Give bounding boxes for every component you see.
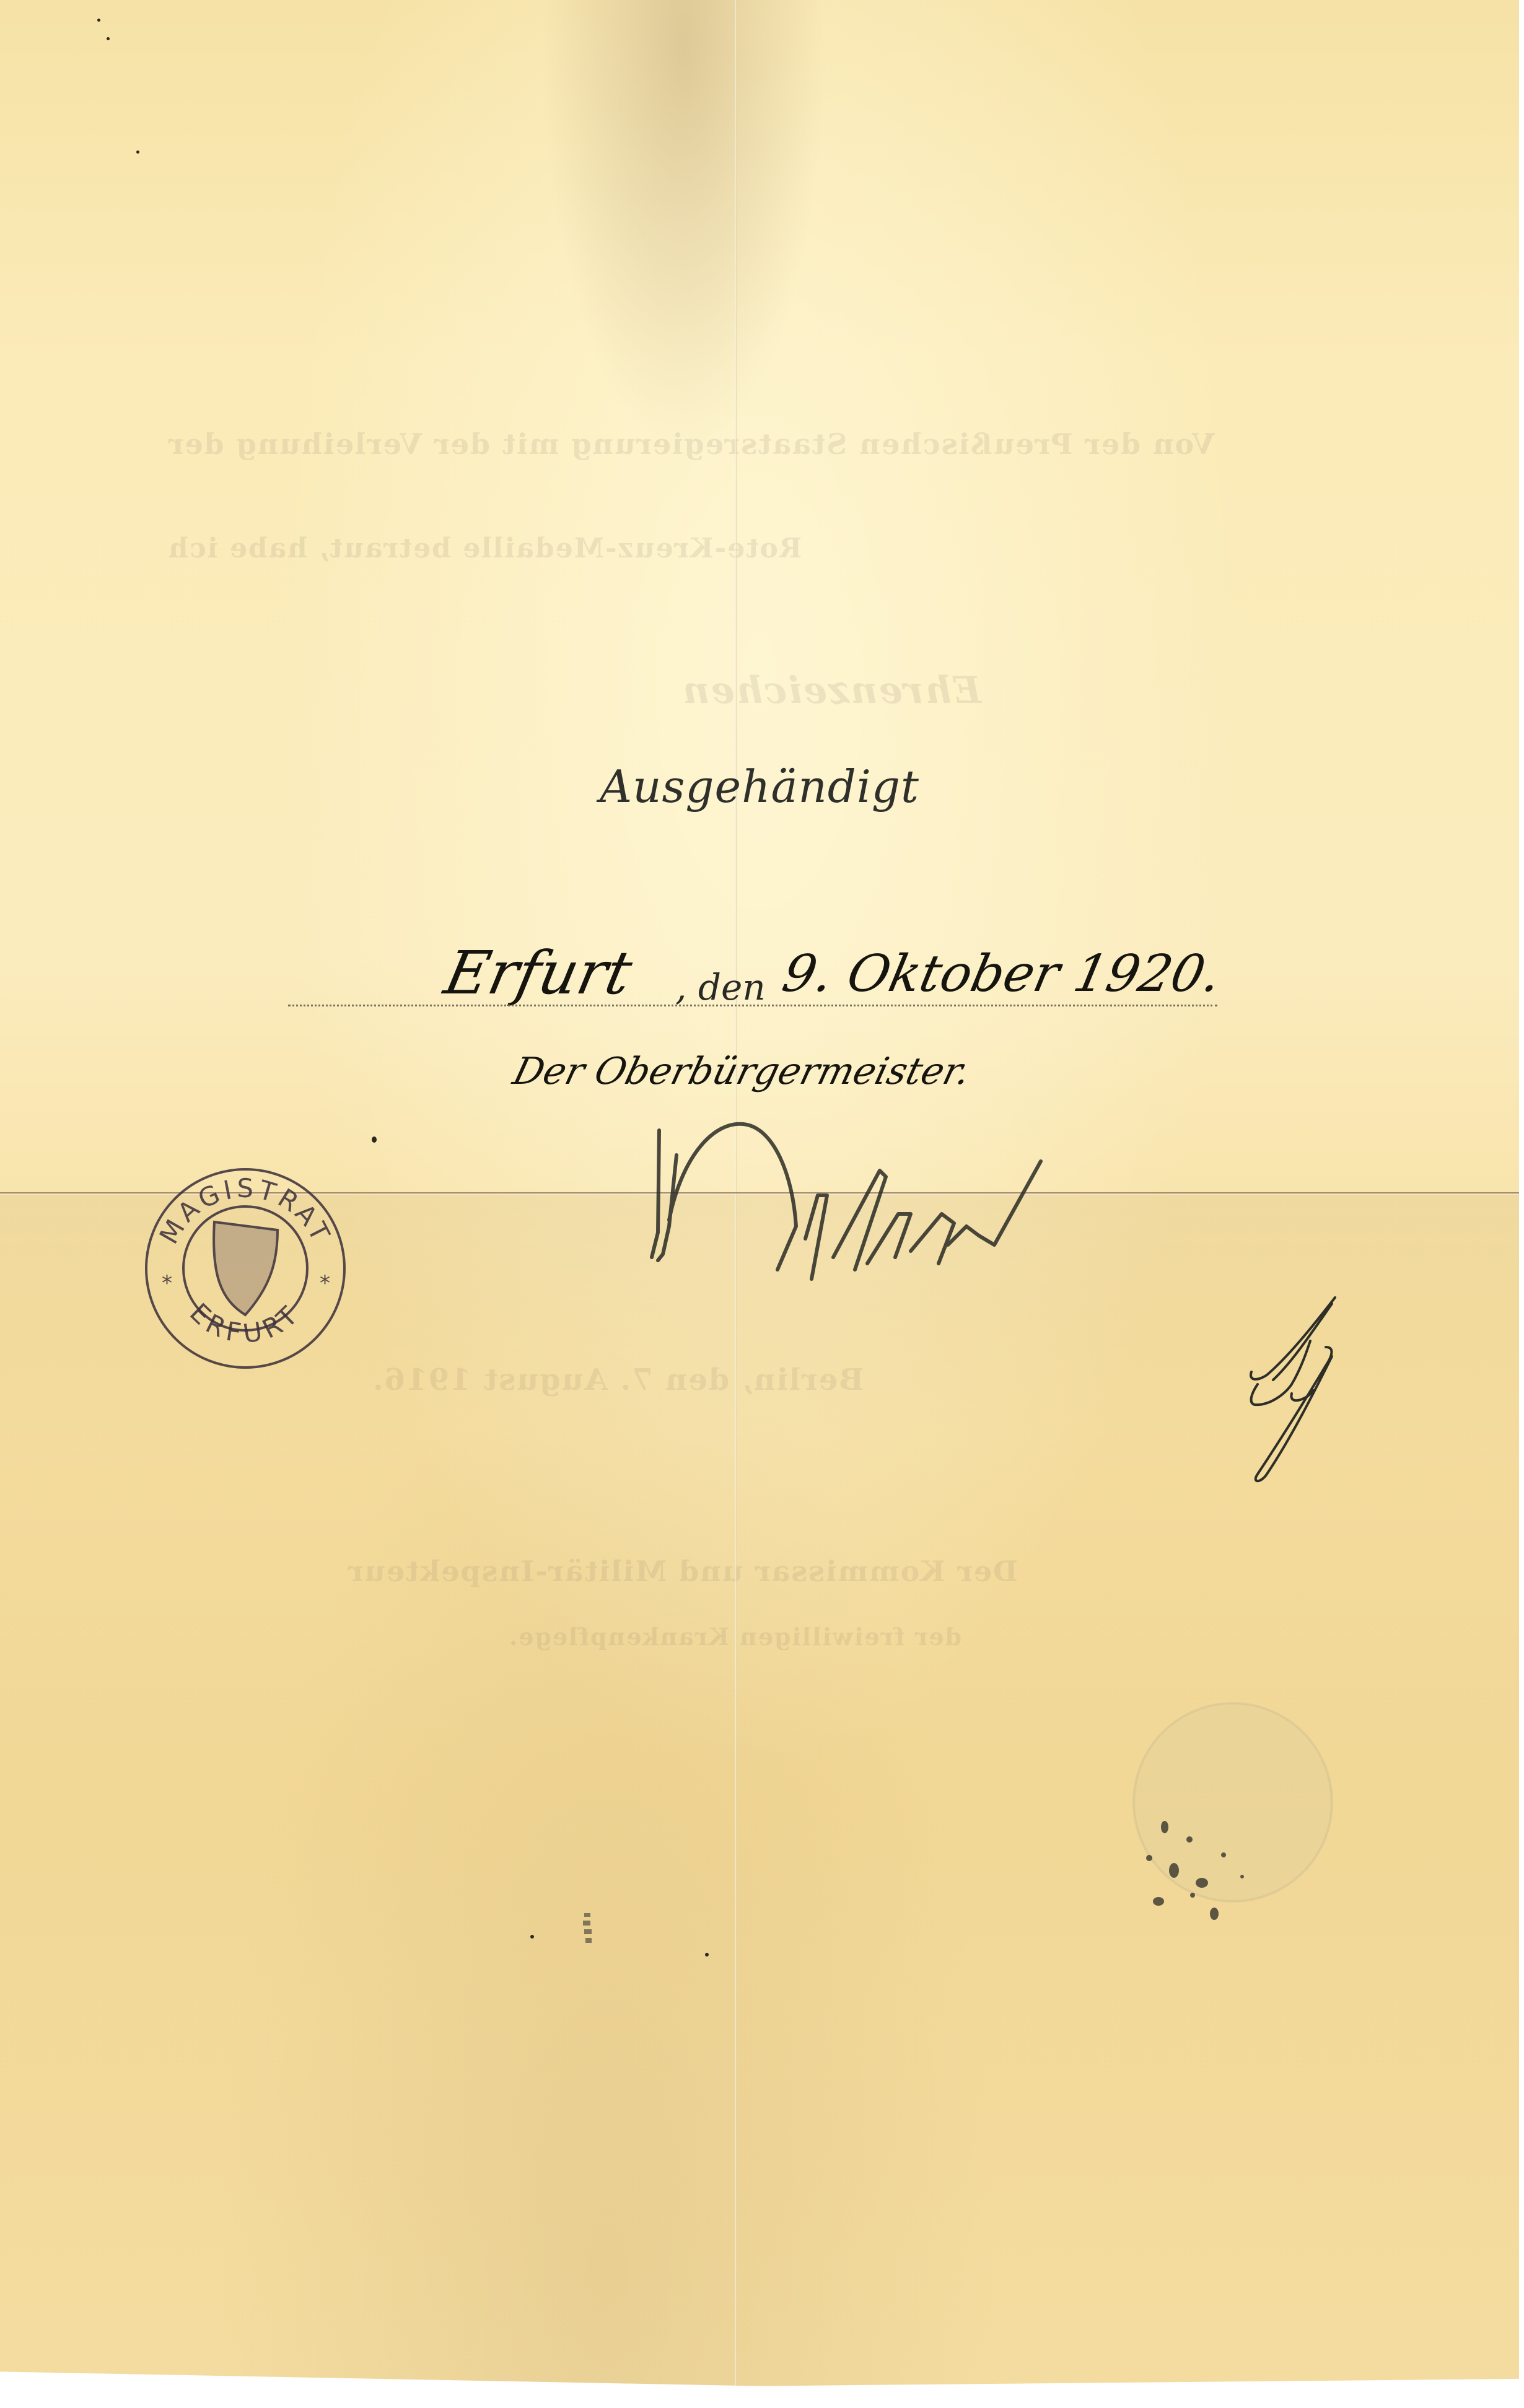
bleed-through-line-3: Ehrenzeichen xyxy=(681,669,981,712)
paper-speck xyxy=(107,37,110,40)
stamp-separator-right: * xyxy=(320,1271,330,1296)
handwritten-place: Erfurt xyxy=(439,938,638,1008)
oberbuergermeister-signature xyxy=(620,1102,1053,1301)
bleed-through-line-2: Rote-Kreuz-Medaille betraut, habe ich xyxy=(167,533,802,564)
document-page: Von der Preußischen Staatsregierung mit … xyxy=(0,0,1519,2396)
issuer-title: Der Oberbürgermeister. xyxy=(509,1050,974,1093)
date-prefix: , den xyxy=(675,966,766,1008)
paper-speck xyxy=(705,1953,709,1956)
paper-speck xyxy=(136,150,139,154)
bleed-through-line-1: Von der Preußischen Staatsregierung mit … xyxy=(167,427,1215,461)
paper-speck xyxy=(372,1136,377,1143)
paraph-signature xyxy=(1233,1288,1357,1499)
stamp-separator-left: * xyxy=(162,1271,172,1296)
handwritten-date: 9. Oktober 1920. xyxy=(777,944,1227,1003)
heading-ausgehaendigt: Ausgehändigt xyxy=(0,761,1519,813)
paper-speck xyxy=(97,19,100,22)
faint-seal-impression xyxy=(1121,1697,1344,1920)
paper-speck xyxy=(530,1935,534,1939)
place-date-dotted-line xyxy=(288,1003,1217,1006)
small-pencil-mark xyxy=(579,1911,598,1948)
magistrat-erfurt-stamp: MAGISTRAT ERFURT * * xyxy=(140,1163,351,1374)
